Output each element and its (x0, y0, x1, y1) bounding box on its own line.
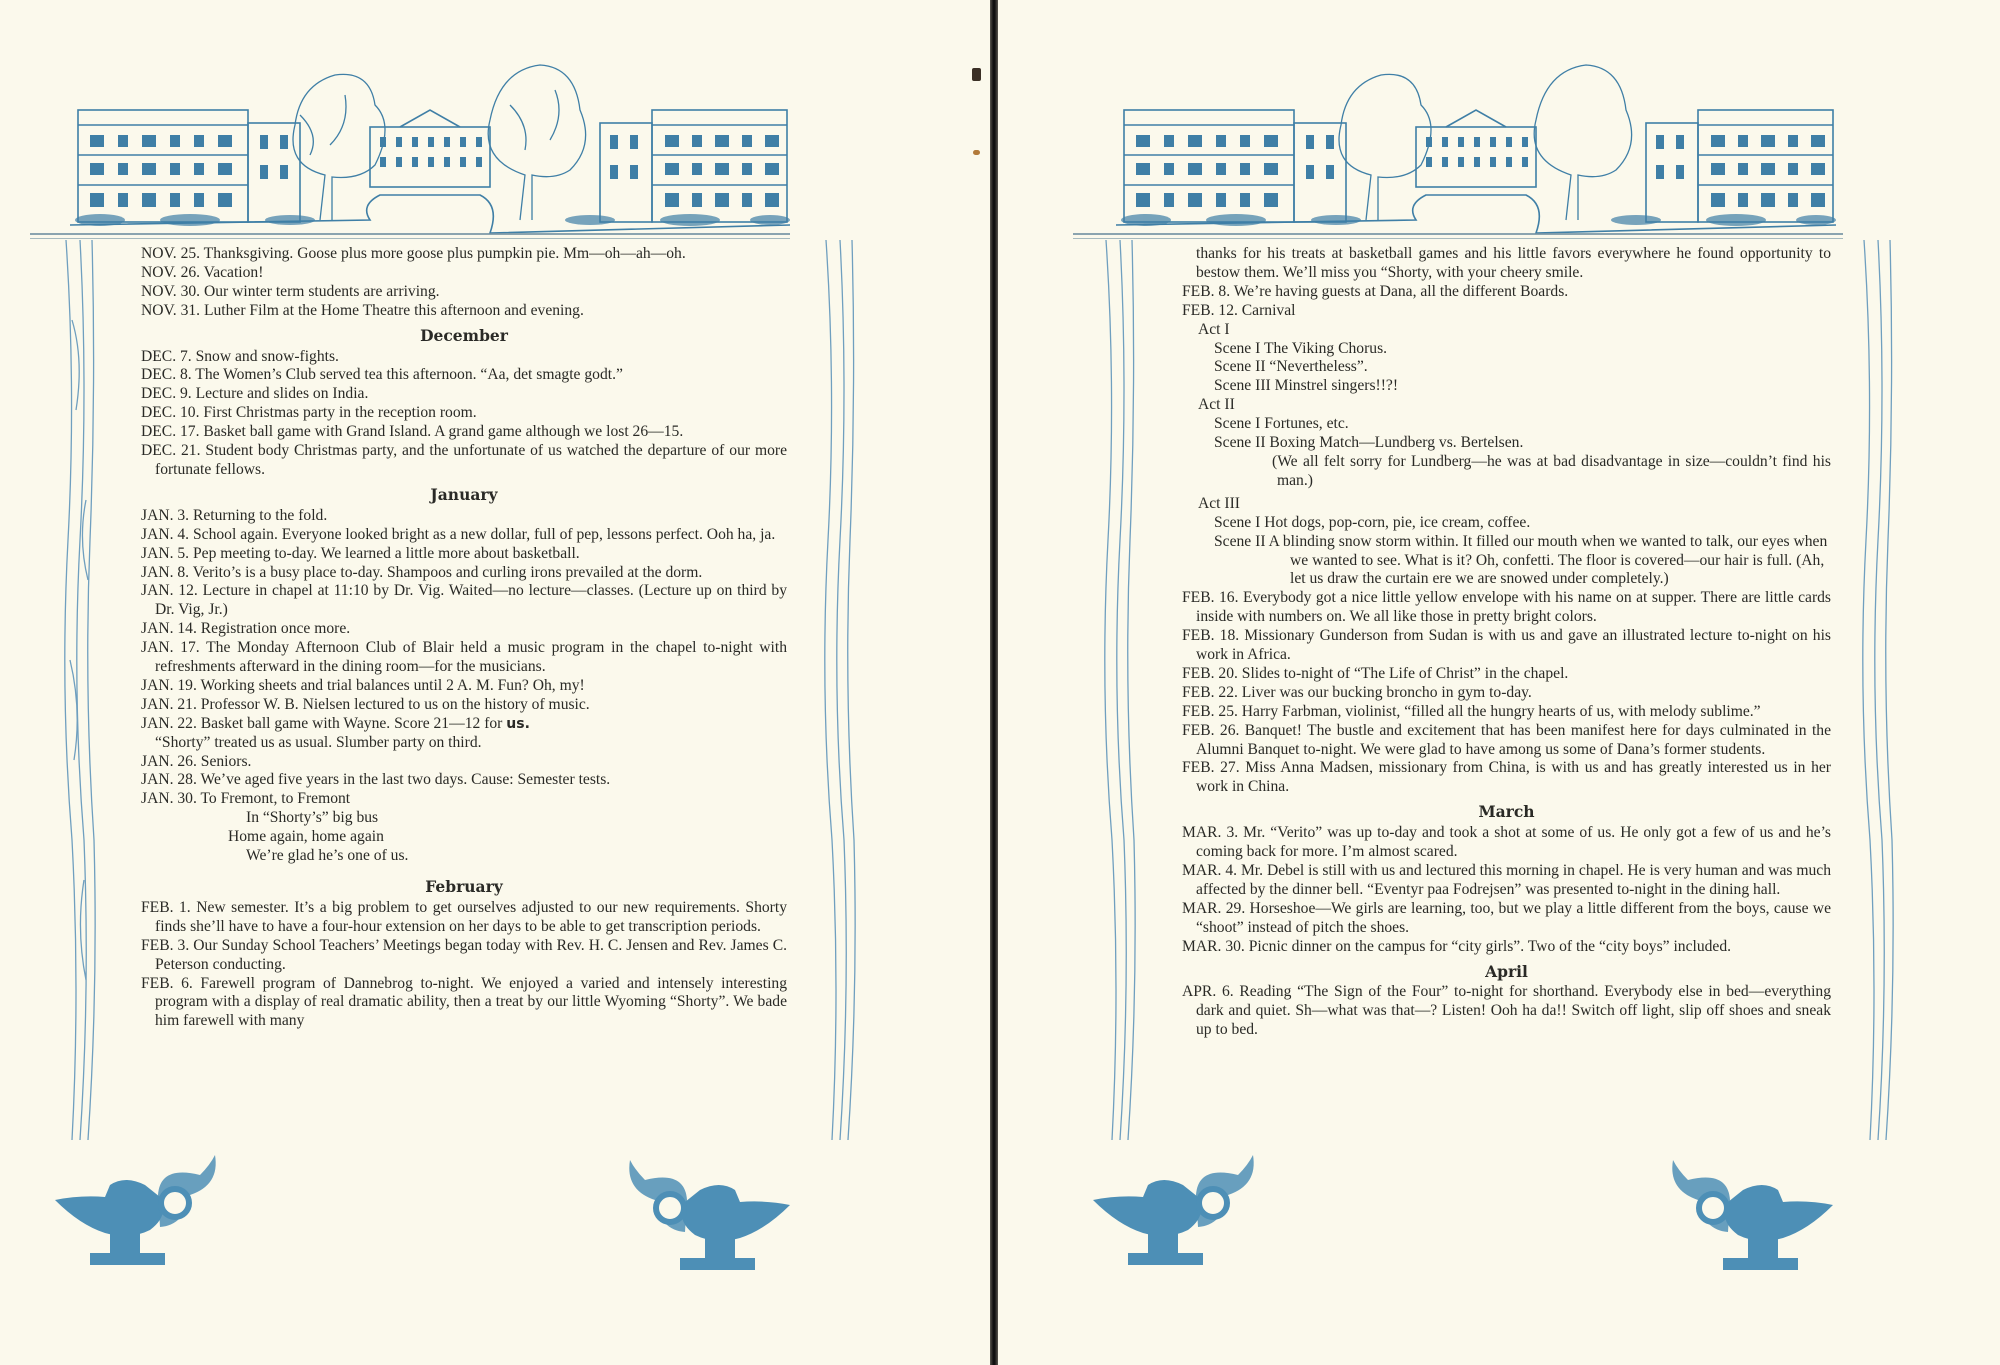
carnival-act: Act III (1182, 495, 1831, 514)
diary-entry: MAR. 29. Horseshoe—We girls are learning… (1182, 900, 1831, 938)
right-page-text: thanks for his treats at basketball game… (1182, 245, 1831, 1040)
left-page: NOV. 25. Thanksgiving. Goose plus more g… (0, 0, 990, 1365)
diary-entry: FEB. 20. Slides to-night of “The Life of… (1182, 665, 1831, 684)
diary-entry: JAN. 30. To Fremont, to Fremont (141, 790, 787, 809)
month-heading-march: March (1182, 803, 1831, 822)
diary-entry: JAN. 26. Seniors. (141, 753, 787, 772)
diary-entry: NOV. 31. Luther Film at the Home Theatre… (141, 302, 787, 321)
campus-illustration-icon (70, 55, 790, 235)
diary-entry: JAN. 4. School again. Everyone looked br… (141, 526, 787, 545)
left-page-text: NOV. 25. Thanksgiving. Goose plus more g… (141, 245, 787, 1031)
month-heading-january: January (141, 486, 787, 505)
vine-border-left-icon (1098, 240, 1140, 1140)
diary-entry: JAN. 22. Basket ball game with Wayne. Sc… (141, 715, 787, 734)
diary-entry: DEC. 21. Student body Christmas party, a… (141, 442, 787, 480)
diary-entry: FEB. 22. Liver was our bucking broncho i… (1182, 684, 1831, 703)
verse-line: In “Shorty’s” big bus (141, 809, 787, 828)
carnival-scene: Scene I The Viking Chorus. (1182, 340, 1831, 359)
carnival-scene: Scene I Fortunes, etc. (1182, 415, 1831, 434)
oil-lamp-icon (1668, 1160, 1838, 1290)
vine-border-right-icon (1856, 240, 1898, 1140)
diary-entry: MAR. 3. Mr. “Verito” was up to-day and t… (1182, 824, 1831, 862)
header-rule-thin (1073, 238, 1843, 239)
diary-entry: JAN. 12. Lecture in chapel at 11:10 by D… (141, 582, 787, 620)
diary-entry: MAR. 4. Mr. Debel is still with us and l… (1182, 862, 1831, 900)
march-entries: MAR. 3. Mr. “Verito” was up to-day and t… (1182, 824, 1831, 956)
january-entries-2: JAN. 26. Seniors.JAN. 28. We’ve aged fiv… (141, 753, 787, 810)
month-heading-december: December (141, 327, 787, 346)
carnival-scene: Scene I Hot dogs, pop-corn, pie, ice cre… (1182, 514, 1831, 533)
diary-entry-continuation: “Shorty” treated us as usual. Slumber pa… (141, 734, 787, 753)
diary-entry: DEC. 17. Basket ball game with Grand Isl… (141, 423, 787, 442)
diary-entry: FEB. 27. Miss Anna Madsen, missionary fr… (1182, 759, 1831, 797)
diary-entry: NOV. 26. Vacation! (141, 264, 787, 283)
carnival-note: (We all felt sorry for Lundberg—he was a… (1182, 453, 1831, 491)
month-heading-february: February (141, 878, 787, 897)
diary-entry: NOV. 25. Thanksgiving. Goose plus more g… (141, 245, 787, 264)
yearbook-spread: NOV. 25. Thanksgiving. Goose plus more g… (0, 0, 2000, 1365)
carnival-scene: Scene II A blinding snow storm within. I… (1182, 533, 1831, 590)
carnival-act: Act II (1182, 396, 1831, 415)
header-rule (1073, 233, 1843, 235)
diary-entry: FEB. 1. New semester. It’s a big problem… (141, 899, 787, 937)
binding-gutter (990, 0, 998, 1365)
diary-entry: FEB. 12. Carnival (1182, 302, 1831, 321)
vine-border-left-icon (58, 240, 100, 1140)
diary-entry: JAN. 19. Working sheets and trial balanc… (141, 677, 787, 696)
verse-line: We’re glad he’s one of us. (141, 847, 787, 866)
vine-border-right-icon (818, 240, 860, 1140)
oil-lamp-icon (625, 1160, 795, 1290)
diary-entry: MAR. 30. Picnic dinner on the campus for… (1182, 938, 1831, 957)
carnival-scene: Scene III Minstrel singers!!?! (1182, 377, 1831, 396)
diary-entry: APR. 6. Reading “The Sign of the Four” t… (1182, 983, 1831, 1040)
diary-entry: FEB. 25. Harry Farbman, violinist, “fill… (1182, 703, 1831, 722)
diary-entry: FEB. 16. Everybody got a nice little yel… (1182, 589, 1831, 627)
diary-entry: JAN. 14. Registration once more. (141, 620, 787, 639)
diary-entry: DEC. 8. The Women’s Club served tea this… (141, 366, 787, 385)
diary-entry: FEB. 8. We’re having guests at Dana, all… (1182, 283, 1831, 302)
january-entries: JAN. 3. Returning to the fold.JAN. 4. Sc… (141, 507, 787, 715)
campus-illustration-icon (1116, 55, 1836, 235)
diary-entry: JAN. 8. Verito’s is a busy place to-day.… (141, 564, 787, 583)
diary-entry: JAN. 17. The Monday Afternoon Club of Bl… (141, 639, 787, 677)
diary-entry: FEB. 26. Banquet! The bustle and excitem… (1182, 722, 1831, 760)
carnival-act: Act I (1182, 321, 1831, 340)
diary-entry: DEC. 9. Lecture and slides on India. (141, 385, 787, 404)
verse-line: Home again, home again (141, 828, 787, 847)
diary-entry-continuation: thanks for his treats at basketball game… (1182, 245, 1831, 283)
diary-entry: JAN. 3. Returning to the fold. (141, 507, 787, 526)
right-page: thanks for his treats at basketball game… (998, 0, 2000, 1365)
diary-entry: FEB. 3. Our Sunday School Teachers’ Meet… (141, 937, 787, 975)
diary-entry: JAN. 21. Professor W. B. Nielsen lecture… (141, 696, 787, 715)
staple-icon (972, 68, 981, 81)
february-entries: FEB. 1. New semester. It’s a big problem… (141, 899, 787, 1031)
april-entries: APR. 6. Reading “The Sign of the Four” t… (1182, 983, 1831, 1040)
oil-lamp-icon (50, 1155, 220, 1285)
diary-entry: FEB. 18. Missionary Gunderson from Sudan… (1182, 627, 1831, 665)
february-entries: FEB. 16. Everybody got a nice little yel… (1182, 589, 1831, 797)
header-rule (30, 233, 790, 235)
november-entries: NOV. 25. Thanksgiving. Goose plus more g… (141, 245, 787, 321)
december-entries: DEC. 7. Snow and snow-fights.DEC. 8. The… (141, 348, 787, 480)
rust-spot (973, 150, 980, 155)
header-rule-thin (30, 238, 790, 239)
diary-entry: NOV. 30. Our winter term students are ar… (141, 283, 787, 302)
diary-entry: JAN. 5. Pep meeting to-day. We learned a… (141, 545, 787, 564)
month-heading-april: April (1182, 963, 1831, 982)
diary-entry: FEB. 6. Farewell program of Dannebrog to… (141, 975, 787, 1032)
carnival-scene: Scene II “Nevertheless”. (1182, 358, 1831, 377)
diary-entry: DEC. 7. Snow and snow-fights. (141, 348, 787, 367)
diary-entry: JAN. 28. We’ve aged five years in the la… (141, 771, 787, 790)
carnival-scene: Scene II Boxing Match—Lundberg vs. Berte… (1182, 434, 1831, 453)
diary-entry: DEC. 10. First Christmas party in the re… (141, 404, 787, 423)
oil-lamp-icon (1088, 1155, 1258, 1285)
